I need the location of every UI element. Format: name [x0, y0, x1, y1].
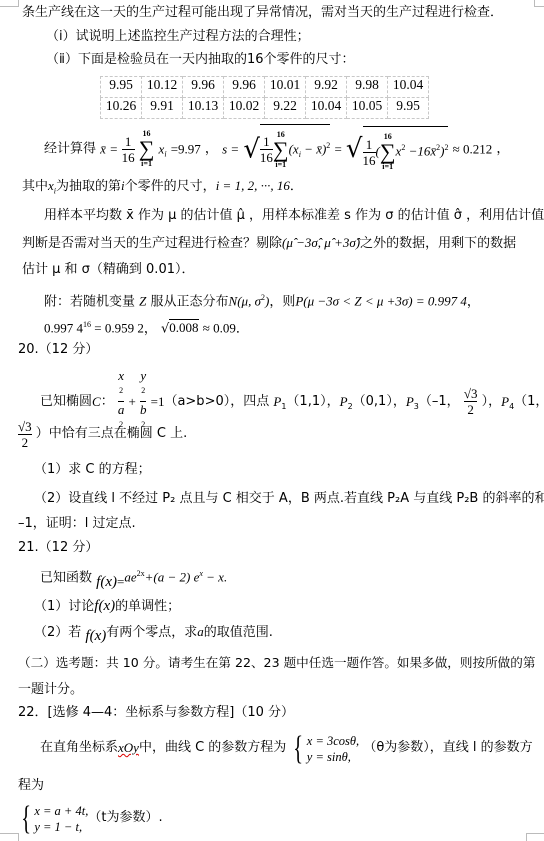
fraction-sqrt3-2: √32 — [464, 386, 478, 417]
estimate-line-3: 估计 μ 和 σ（精确到 0.01）． — [22, 262, 195, 278]
separator: ， — [205, 141, 218, 156]
mean-value: =9.97 — [171, 141, 201, 156]
y-var: y — [140, 368, 147, 383]
text: 的单调性； — [115, 599, 180, 614]
text: （a>b>0），四点 — [164, 394, 269, 409]
x-var: x — [118, 368, 125, 383]
table-cell: 10.26 — [101, 98, 142, 119]
interval: (μ̂ −3σ̂, μ̂ +3σ̂) — [282, 235, 360, 250]
s-label: s = — [222, 141, 239, 156]
text: 附：若随机变量 — [44, 294, 135, 309]
text: （t为参数）. — [88, 810, 162, 825]
sqrt-alternative: √116(16∑i=1x2 −16x̄2)2 — [346, 126, 449, 172]
rhs: +(a − 2) e — [145, 569, 200, 584]
z-var: Z — [139, 293, 146, 308]
elective-line-1: （二）选考题：共 10 分。请考生在第 22、23 题中任选一题作答。如果多做，… — [18, 655, 535, 671]
normal-dist: N(μ, σ — [229, 293, 261, 308]
q22-stem-line-2: 程为 — [18, 778, 44, 794]
page-corner-mark-bottom-left — [0, 833, 19, 841]
page-corner-mark-bottom-right — [526, 833, 544, 841]
table-cell: 10.04 — [388, 77, 429, 98]
table-cell: 9.91 — [142, 98, 183, 119]
approx-value: ≈ 0.212 — [453, 141, 493, 156]
function-f: f(x) — [96, 574, 117, 590]
text: ）中恰有三点在椭圆 C 上. — [36, 426, 187, 441]
summation: 16∑i=1 — [139, 129, 155, 169]
q20-stem-line-2: √32 ）中恰有三点在椭圆 C 上. — [18, 412, 187, 457]
denominator: 16 — [260, 149, 273, 165]
separator: ， — [496, 141, 509, 156]
text: ． — [236, 321, 249, 336]
table-cell: 10.05 — [347, 98, 388, 119]
q20-header: 20.（12 分） — [18, 342, 98, 358]
value: ≈ 0.09 — [203, 320, 236, 335]
table-cell: 10.01 — [265, 77, 306, 98]
function-f: f(x) — [85, 628, 106, 644]
power: 16 — [83, 320, 91, 329]
q20-part-1: （1）求 C 的方程； — [34, 462, 151, 478]
sqrt-value: 0.008 — [169, 319, 198, 335]
text: 之外的数据，用剩下的数据 — [360, 236, 516, 251]
dev-rest: − x̄) — [301, 141, 326, 156]
squared: 2 — [326, 141, 330, 150]
c-var: C — [92, 394, 101, 409]
index-range: i = 1, 2, ···, 16 — [216, 178, 290, 193]
estimate-line-1: 用样本平均数 x̄ 作为 μ 的估计值 μ̂ ，用样本标准差 s 作为 σ 的估… — [44, 208, 544, 224]
coord: （1， — [514, 394, 544, 409]
elective-line-2: 一题计分。 — [18, 682, 83, 698]
summation: 16∑i=1 — [273, 130, 289, 170]
table-cell: 10.04 — [306, 98, 347, 119]
q21-stem: 已知函数 f(x)=ae2x+(a − 2) ex − x. — [40, 563, 227, 589]
text: ． — [290, 179, 303, 194]
separator: ， — [144, 321, 157, 336]
calc-prefix: 经计算得 — [44, 141, 96, 156]
equals-one: =1 — [151, 394, 165, 409]
p-var: P — [406, 394, 414, 409]
table-row: 9.95 10.12 9.96 9.96 10.01 9.92 9.98 10.… — [101, 77, 429, 98]
rhs: ae — [124, 569, 136, 584]
left-brace-icon: { — [21, 802, 31, 836]
xbar: x̄ — [100, 141, 106, 156]
numerator: 1 — [122, 134, 135, 149]
fraction-sqrt3-2: √32 — [18, 419, 32, 450]
plus: + — [128, 394, 135, 409]
sqrt-icon: √ — [346, 134, 363, 164]
q21-header: 21.（12 分） — [18, 540, 98, 556]
numerator: 1 — [363, 137, 376, 152]
appendix-line-1: 附：若随机变量 Z 服从正态分布N(μ, σ2)，则P(μ −3σ < Z < … — [44, 290, 480, 310]
where-line: 其中xi为抽取的第i个零件的尺寸，i = 1, 2, ···, 16． — [22, 178, 303, 200]
line-param-system: {x = a + 4t,y = 1 − t, — [18, 800, 88, 836]
coord: （–1， — [419, 394, 460, 409]
text: 在直角坐标系 — [40, 740, 118, 755]
curve-param-system: {x = 3cosθ,y = sinθ, — [290, 730, 359, 766]
value: 0.997 4 — [44, 320, 83, 335]
numerator: 1 — [260, 134, 273, 149]
coord: （0,1）， — [353, 394, 406, 409]
sub-question-ii: （ⅱ）下面是检验员在一天内抽取的16个零件的尺寸： — [46, 52, 355, 68]
q22-stem-line-1: 在直角坐标系xOy中，曲线 C 的参数方程为 {x = 3cosθ,y = si… — [40, 730, 533, 767]
text: 为抽取的第 — [56, 179, 121, 194]
q20-part-2-line-2: –1，证明：l 过定点. — [18, 516, 136, 532]
denominator: 16 — [363, 152, 376, 168]
calculation-formula: 经计算得 x̄ = 116 16∑i=1 xi =9.97 ， s = √116… — [44, 124, 509, 175]
table-cell: 9.95 — [388, 98, 429, 119]
summation: 16∑i=1 — [380, 132, 396, 172]
text: （2）若 — [34, 625, 81, 640]
equation-row: y = 1 − t, — [34, 819, 88, 835]
text: ： — [101, 394, 114, 409]
p-var: P — [340, 394, 348, 409]
left-brace-icon: { — [294, 732, 304, 766]
text: ，则 — [269, 294, 295, 309]
text: 中，曲线 C 的参数方程为 — [139, 740, 286, 755]
q20-part-2-line-1: （2）设直线 l 不经过 P₂ 点且与 C 相交于 A，B 两点.若直线 P₂A… — [34, 491, 544, 507]
equals: = — [117, 574, 124, 589]
fraction-1-16: 116 — [363, 137, 376, 168]
sqrt-deviation: √11616∑i=1(xi − x̄)2 — [243, 124, 330, 175]
value: = 0.959 2 — [91, 320, 144, 335]
sqrt-icon: √ — [243, 134, 260, 164]
fraction-1-16: 116 — [122, 134, 135, 165]
equation-row: y = sinθ, — [307, 749, 359, 765]
text: ）， — [482, 394, 502, 409]
equals: = — [110, 141, 117, 156]
denominator: 2 — [464, 401, 478, 417]
page-corner-mark-top-left — [0, 0, 19, 7]
sigma-icon: ∑ — [273, 140, 289, 160]
fraction-1-16: 116 — [260, 134, 273, 165]
p-var: P — [501, 394, 509, 409]
text: （1）讨论 — [34, 599, 94, 614]
q22-line-param: {x = a + 4t,y = 1 − t,（t为参数）. — [18, 800, 163, 837]
probability: P(μ −3σ < Z < μ +3σ) = 0.997 4 — [295, 293, 467, 308]
q21-part-1: （1）讨论f(x)的单调性； — [34, 598, 180, 615]
equation-row: x = 3cosθ, — [307, 733, 359, 749]
equals: = — [334, 141, 341, 156]
dev-term: (x — [289, 141, 299, 156]
measurement-table: 9.95 10.12 9.96 9.96 10.01 9.92 9.98 10.… — [100, 76, 429, 119]
numerator: √3 — [464, 386, 478, 401]
table-cell: 10.02 — [224, 98, 265, 119]
table-cell: 9.92 — [306, 77, 347, 98]
q22-header: 22．[选修 4—4：坐标系与参数方程]（10 分） — [18, 705, 294, 721]
appendix-line-2: 0.997 416 = 0.959 2， √0.008 ≈ 0.09． — [44, 317, 249, 337]
text: 个零件的尺寸， — [125, 179, 216, 194]
sigma-icon: ∑ — [139, 139, 155, 159]
estimate-line-2: 判断是否需对当天的生产过程进行检查？剔除(μ̂ −3σ̂, μ̂ +3σ̂)之外… — [22, 235, 516, 252]
denominator: 16 — [122, 149, 135, 165]
table-cell: 9.96 — [183, 77, 224, 98]
sigma-icon: ∑ — [380, 142, 396, 162]
text: （θ为参数），直线 l 的参数方 — [363, 740, 532, 755]
table-cell: 10.13 — [183, 98, 224, 119]
xoy-coord-system: xOy — [118, 740, 139, 755]
text: ， — [467, 294, 480, 309]
coord: （1,1）， — [286, 394, 339, 409]
alt-rest: −16x̄ — [405, 144, 436, 159]
denominator: 2 — [18, 434, 32, 450]
page-corner-mark-top-right — [534, 0, 544, 7]
table-cell: 10.12 — [142, 77, 183, 98]
rhs: − x. — [203, 569, 227, 584]
equation-row: x = a + 4t, — [34, 803, 88, 819]
text: 判断是否需对当天的生产过程进行检查？剔除 — [22, 236, 282, 251]
subscript-i: i — [164, 150, 166, 159]
numerator: √3 — [18, 419, 32, 434]
squared: 2 — [444, 143, 448, 152]
q21-part-2: （2）若 f(x)有两个零点，求a的取值范围. — [34, 624, 273, 641]
text: 的取值范围. — [204, 625, 273, 640]
text: 其中 — [22, 179, 48, 194]
text: 已知椭圆 — [40, 394, 92, 409]
table-cell: 9.22 — [265, 98, 306, 119]
table-row: 10.26 9.91 10.13 10.02 9.22 10.04 10.05 … — [101, 98, 429, 119]
sub-question-i: （ⅰ）试说明上述监控生产过程方法的合理性； — [46, 29, 310, 45]
function-f: f(x) — [94, 598, 115, 614]
table-cell: 9.98 — [347, 77, 388, 98]
table-cell: 9.95 — [101, 77, 142, 98]
table-cell: 9.96 — [224, 77, 265, 98]
text: 服从正态分布 — [151, 294, 229, 309]
superscript: 2x — [137, 569, 145, 578]
text: 已知函数 — [40, 570, 92, 585]
text: 有两个零点，求 — [106, 625, 197, 640]
intro-line: 条生产线在这一天的生产过程可能出现了异常情况，需对当天的生产过程进行检查． — [22, 5, 503, 21]
